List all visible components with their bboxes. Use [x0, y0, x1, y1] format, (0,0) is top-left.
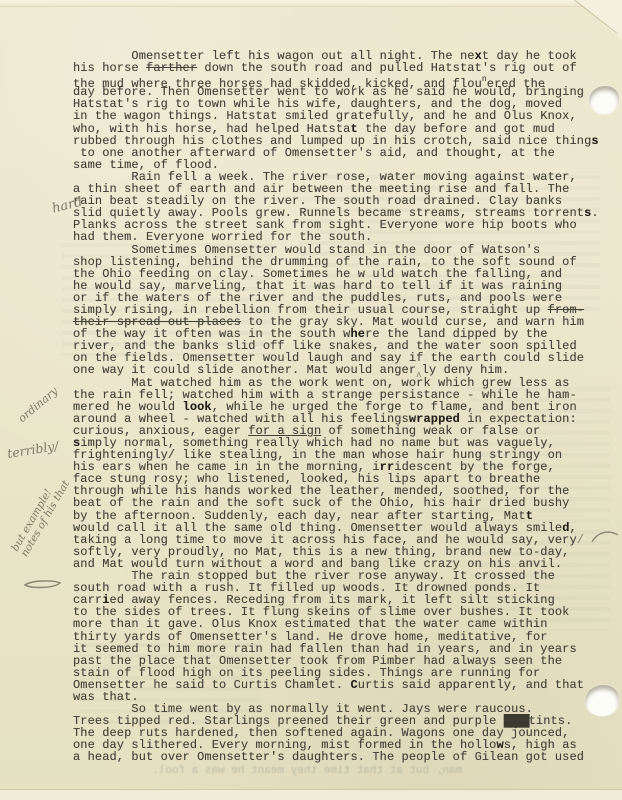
paper-bottom-edge	[0, 789, 622, 800]
show-through-text: man, but at that time they meant he was …	[152, 765, 462, 777]
pencil-loop-mark	[24, 579, 64, 591]
paper-top-edge	[0, 0, 622, 7]
typescript-line: his horse farther down the south road an…	[73, 62, 605, 74]
typescript-line: a head, but over Omensetter's daughters.…	[73, 751, 605, 763]
punch-hole-top	[589, 86, 619, 114]
pencil-dash-mark	[590, 528, 620, 544]
manuscript-scan: { "colors": {"paper":"#eae5c9","ink":"#4…	[0, 0, 622, 800]
typescript-line: Omensetter he said to Curtis Chamlet. Cu…	[73, 679, 605, 691]
punch-hole-bottom	[585, 685, 619, 716]
typescript: Omensetter left his wagon out all night.…	[73, 50, 605, 764]
